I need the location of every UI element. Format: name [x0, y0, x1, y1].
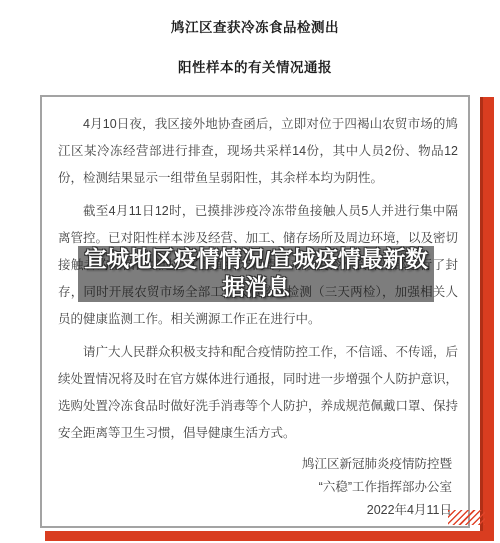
notice-body-box: 4月10日夜，我区接外地协查函后，立即对位于四褐山农贸市场的鸠江区某冷冻经营部进… — [40, 95, 470, 528]
red-accent-bar-right — [480, 97, 494, 541]
watermark-caption-overlay: 宣城地区疫情情况/宣城疫情最新数据消息 — [78, 246, 434, 302]
notice-title-block: 鸠江区查获冷冻食品检测出 阳性样本的有关情况通报 — [40, 21, 470, 75]
notice-title-line1: 鸠江区查获冷冻食品检测出 — [40, 21, 470, 35]
hatch-stripes-decoration — [448, 510, 485, 525]
signature-date: 2022年4月11日 — [58, 499, 452, 522]
signature-org-line2: “六稳”工作指挥部办公室 — [58, 476, 452, 499]
signature-org-line1: 鸠江区新冠肺炎疫情防控暨 — [58, 453, 452, 476]
signature-block: 鸠江区新冠肺炎疫情防控暨 “六稳”工作指挥部办公室 2022年4月11日 — [58, 453, 458, 522]
watermark-caption-text: 宣城地区疫情情况/宣城疫情最新数据消息 — [80, 246, 432, 302]
notice-page: 鸠江区查获冷冻食品检测出 阳性样本的有关情况通报 4月10日夜，我区接外地协查函… — [0, 0, 500, 543]
notice-title-line2: 阳性样本的有关情况通报 — [40, 61, 470, 75]
red-accent-bar-bottom — [45, 531, 494, 541]
notice-paragraph-3: 请广大人民群众积极支持和配合疫情防控工作，不信谣、不传谣，后续处置情况将及时在官… — [58, 339, 458, 447]
notice-paragraph-1: 4月10日夜，我区接外地协查函后，立即对位于四褐山农贸市场的鸠江区某冷冻经营部进… — [58, 111, 458, 192]
